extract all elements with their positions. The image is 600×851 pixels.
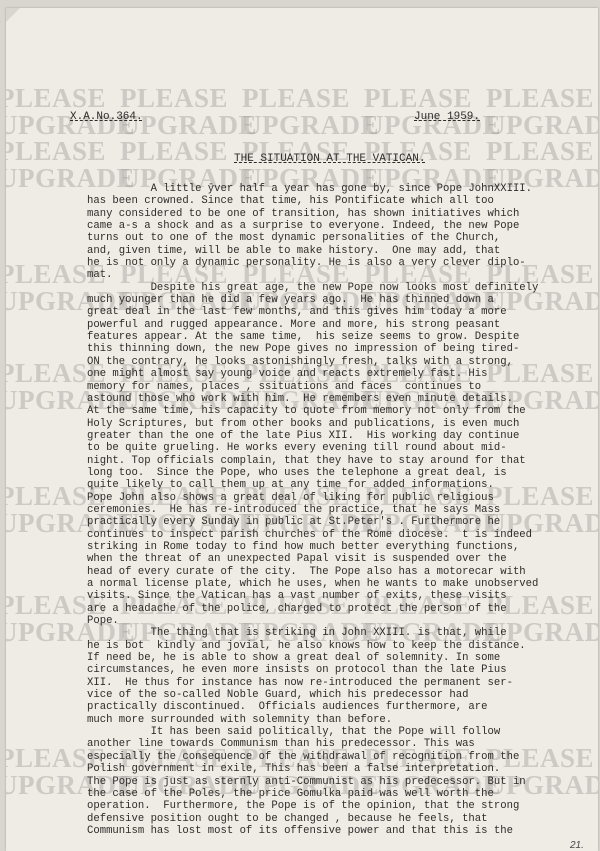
text-line: powerful and rugged appearance. More and… [87, 319, 538, 331]
text-line: mat. [87, 269, 538, 281]
text-line: the case of the Poles, the price Gomulka… [87, 788, 538, 800]
text-line: quite likely to call them up at any time… [87, 479, 538, 491]
text-line: and, given time, will be able to make hi… [87, 245, 538, 257]
text-line: much younger than he did a few years ago… [87, 294, 538, 306]
text-line: came a-s a shock and as a surprise to ev… [87, 220, 538, 232]
text-line: Pope John also shows a great deal of lik… [87, 492, 538, 504]
text-line: night. Top officials complain, that they… [87, 455, 538, 467]
text-line: A little ӯver half a year has gone by, s… [87, 183, 538, 195]
text-line: he is bot kindly and jovial, he also kno… [87, 640, 538, 652]
folded-corner [6, 8, 20, 22]
text-line: when the threat of an unexpected Papal v… [87, 553, 538, 565]
document-reference: X.A.No.364. [70, 111, 143, 123]
text-line: circumstances, he even more insists on p… [87, 664, 538, 676]
text-line: vice of the so-called Noble Guard, which… [87, 689, 538, 701]
text-line: practically every Sunday in public at St… [87, 516, 538, 528]
text-line: defensive position ought to be changed ,… [87, 813, 538, 825]
text-line: astound those who work with him. He reme… [87, 393, 538, 405]
text-line: striking in Rome today to find how much … [87, 541, 538, 553]
text-line: great deal in the last few months, and t… [87, 306, 538, 318]
page-number: 21. [570, 840, 584, 851]
document-date: June 1959. [414, 111, 480, 123]
text-line: Pope. [87, 615, 538, 627]
text-line: Polish government in exile, This has bee… [87, 763, 538, 775]
text-line: ceremonies. He has re-introduced the pra… [87, 504, 538, 516]
document-title: THE SITUATION AT THE VATICAN. [234, 153, 425, 165]
text-line: continues to inspect parish churches of … [87, 529, 538, 541]
text-line: many considered to be one of transition,… [87, 208, 538, 220]
text-line: turns out to one of the most dynamic per… [87, 232, 538, 244]
text-line: features appear. At the same time, his s… [87, 331, 538, 343]
document-body: A little ӯver half a year has gone by, s… [87, 183, 538, 837]
text-line: he is not only a dynamic personality. He… [87, 257, 538, 269]
text-line: this thinning down, the new Pope gives n… [87, 343, 538, 355]
text-line: another line towards Communism than his … [87, 738, 538, 750]
text-line: especially the consequence of the withdr… [87, 751, 538, 763]
text-line: The Pope is just as sternly anti-Communi… [87, 776, 538, 788]
text-line: It has been said politically, that the P… [87, 726, 538, 738]
text-line: a normal license plate, which he uses, w… [87, 578, 538, 590]
text-line: If need be, he is able to show a great d… [87, 652, 538, 664]
text-line: memory for names, places , ssituations a… [87, 381, 538, 393]
text-line: The thing that is striking in John XXIII… [87, 627, 538, 639]
document-page: PLEASEPLEASEPLEASEPLEASEPLEASEUPGRADEUPG… [6, 8, 598, 851]
text-line: to be quite grueling. He works every eve… [87, 442, 538, 454]
text-line: long too. Since the Pope, who uses the t… [87, 467, 538, 479]
text-line: one might almost say young voice and rea… [87, 368, 538, 380]
text-line: Communism has lost most of its offensive… [87, 825, 538, 837]
text-line: operation. Furthermore, the Pope is of t… [87, 800, 538, 812]
text-line: visits. Since the Vatican has a vast num… [87, 590, 538, 602]
text-line: Despite his great age, the new Pope now … [87, 282, 538, 294]
text-line: Holy Scriptures, but from other books an… [87, 418, 538, 430]
text-line: are a headache of the police, charged to… [87, 603, 538, 615]
text-line: ON the contrary, he looks astonishingly … [87, 356, 538, 368]
text-line: head of every curate of the city. The Po… [87, 566, 538, 578]
text-line: greater than the one of the late Pius XI… [87, 430, 538, 442]
text-line: much more surrounded with solemnity than… [87, 714, 538, 726]
text-line: practically discontinued. Officials audi… [87, 701, 538, 713]
text-line: has been crowned. Since that time, his P… [87, 195, 538, 207]
text-line: At the same time, his capacity to quote … [87, 405, 538, 417]
text-line: XII. He thus for instance has now re-int… [87, 677, 538, 689]
